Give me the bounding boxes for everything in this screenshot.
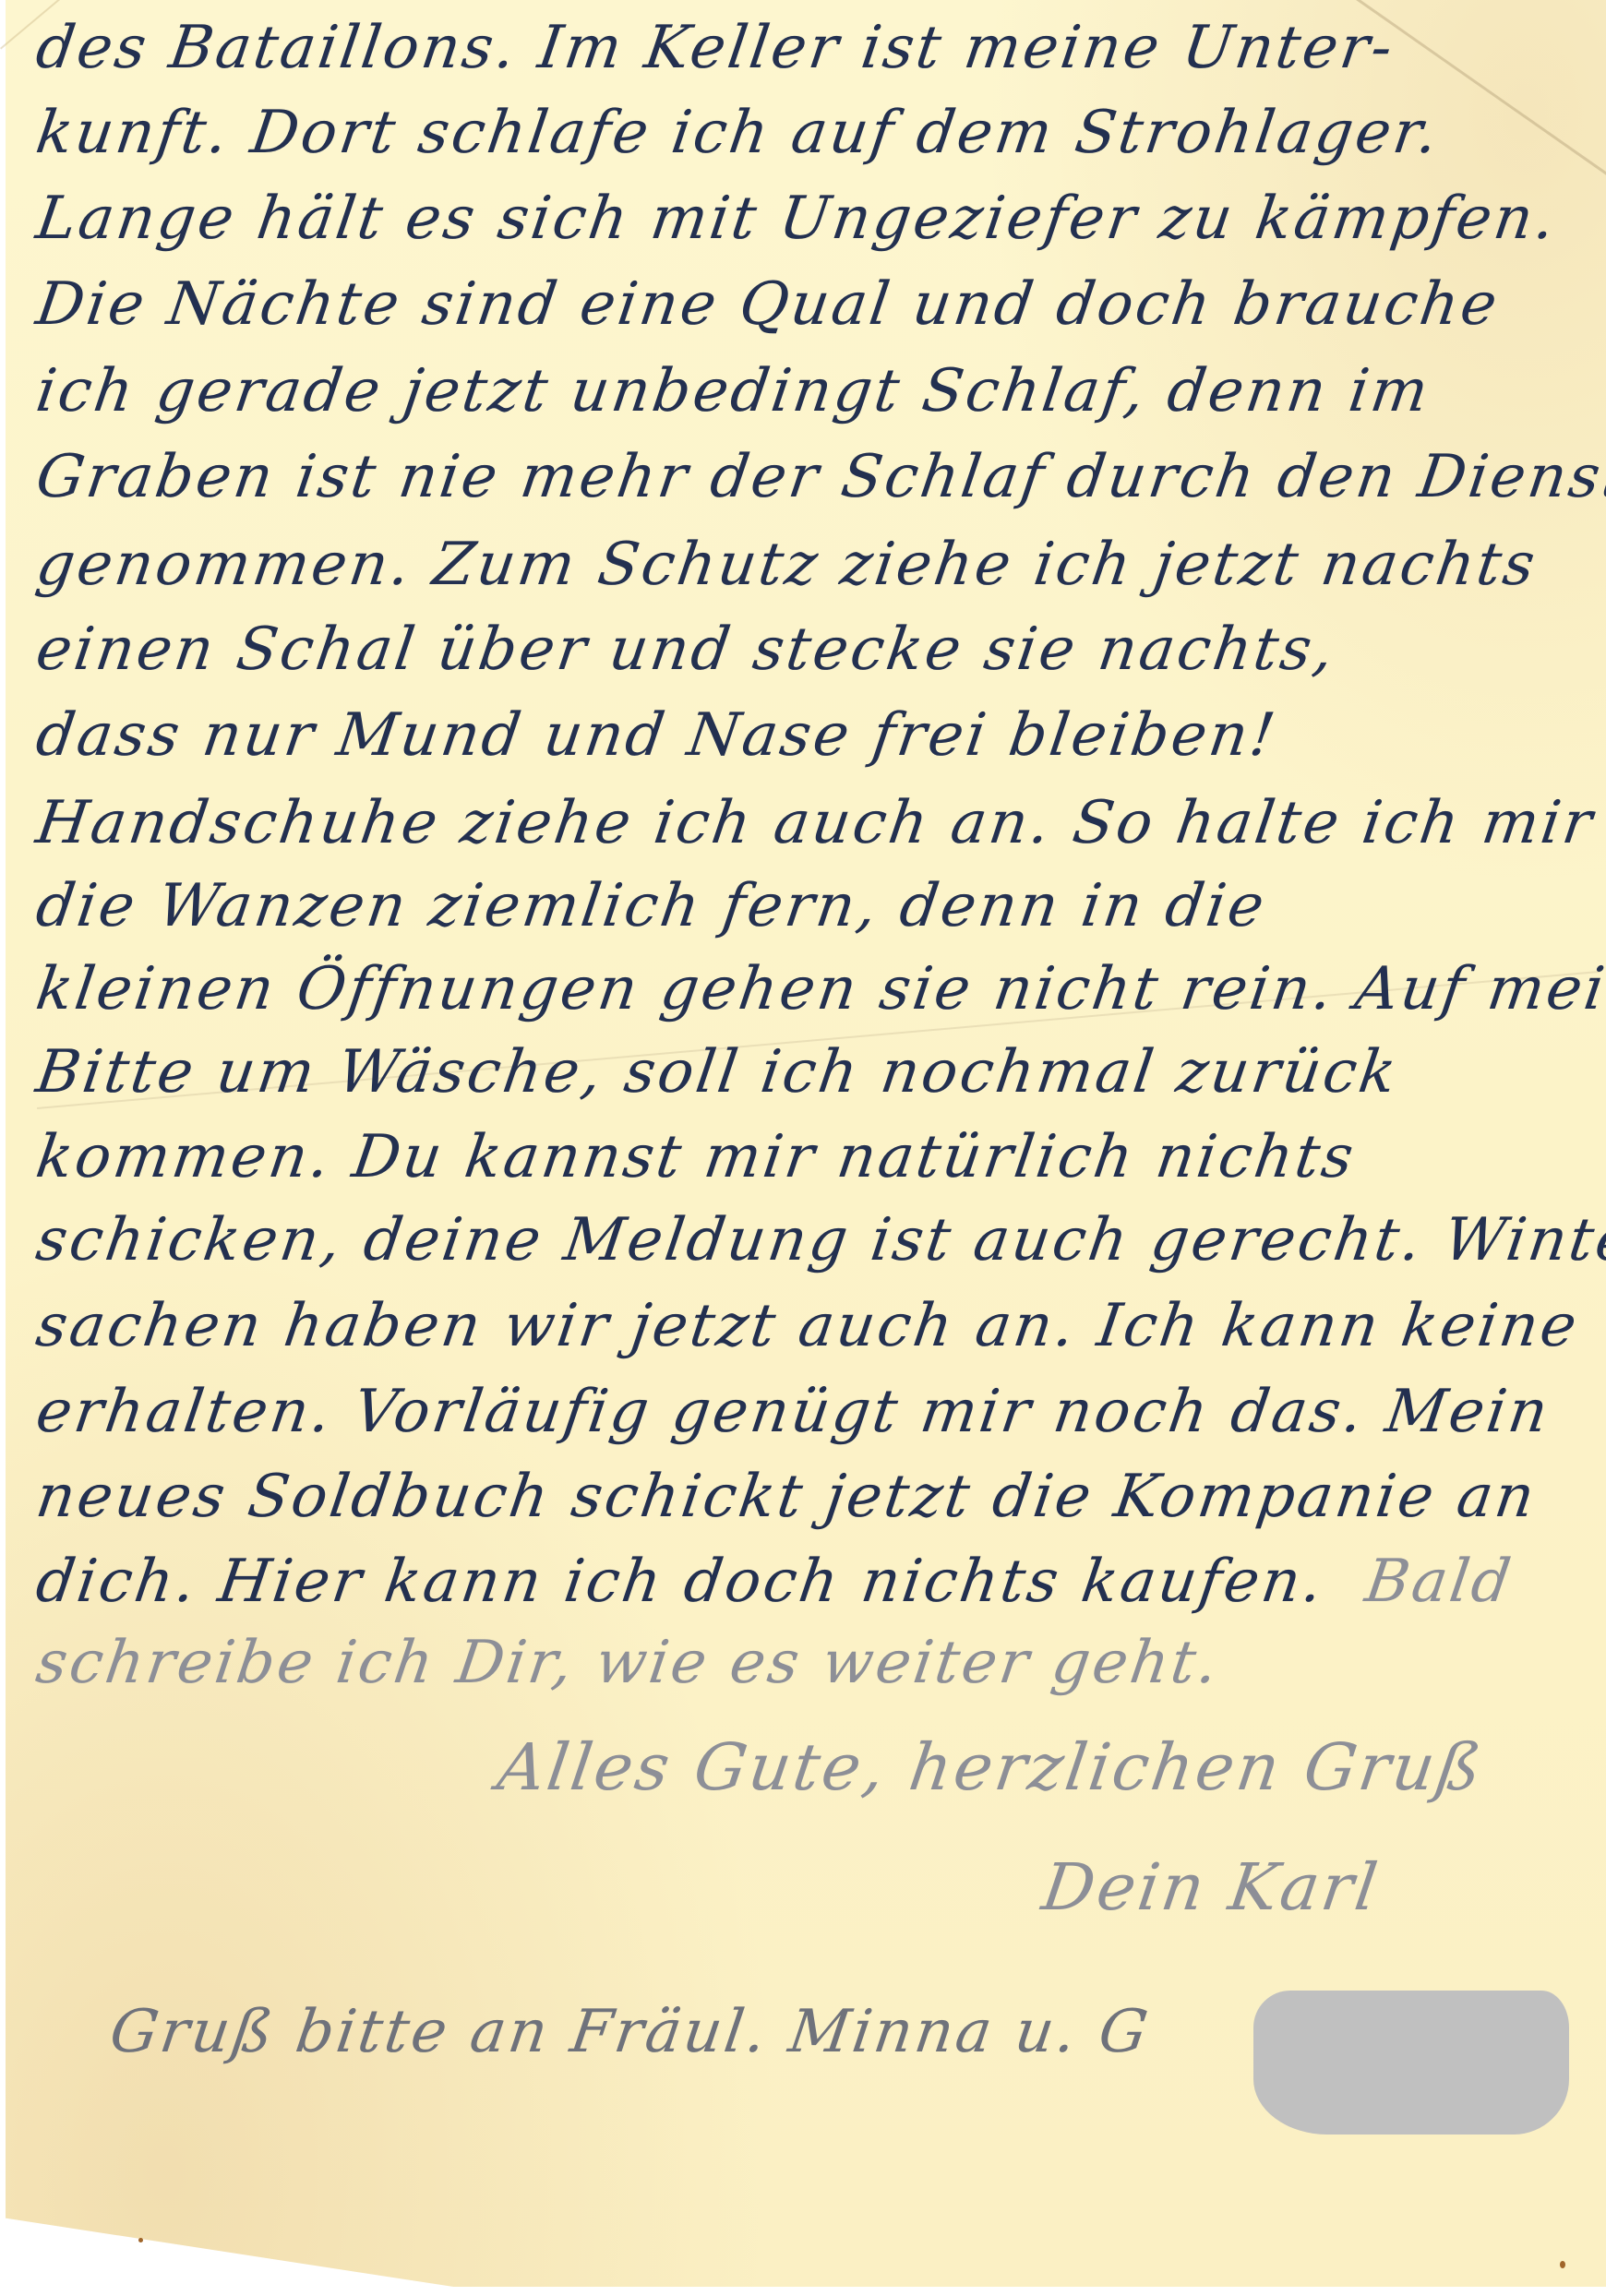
pencil-word: Bald xyxy=(1362,1552,1517,1611)
letter-line: kunft. Dort schlafe ich auf dem Strohlag… xyxy=(33,103,1444,162)
letter-line: dich. Hier kann ich doch nichts kaufen. xyxy=(33,1552,1329,1611)
letter-line: sachen haben wir jetzt auch an. Ich kann… xyxy=(33,1297,1583,1356)
letter-line: Handschuhe ziehe ich auch an. So halte i… xyxy=(33,794,1599,853)
letter-line: kommen. Du kannst mir natürlich nichts xyxy=(33,1128,1360,1187)
paper-stain xyxy=(1560,2261,1565,2268)
letter-line: die Wanzen ziemlich fern, denn in die xyxy=(33,877,1271,936)
letter-line: Graben ist nie mehr der Schlaf durch den… xyxy=(33,448,1606,507)
letter-line: Lange hält es sich mit Ungeziefer zu käm… xyxy=(33,189,1562,248)
closing-greeting: Alles Gute, herzlichen Gruß xyxy=(494,1735,1488,1800)
postscript: Gruß bitte an Fräul. Minna u. G xyxy=(107,2003,1154,2062)
letter-line: Bitte um Wäsche, soll ich nochmal zurück xyxy=(33,1043,1403,1102)
redaction-blot xyxy=(1253,1991,1569,2135)
paper-stain xyxy=(138,2238,143,2242)
letter-line: dass nur Mund und Nase frei bleiben! xyxy=(33,706,1281,765)
letter-line: neues Soldbuch schickt jetzt die Kompani… xyxy=(33,1467,1540,1526)
pencil-line: schreibe ich Dir, wie es weiter geht. xyxy=(33,1633,1224,1692)
letter-line: schicken, deine Meldung ist auch gerecht… xyxy=(33,1211,1606,1270)
letter-line: erhalten. Vorläufig genügt mir noch das.… xyxy=(33,1382,1554,1441)
letter-line: kleinen Öffnungen gehen sie nicht rein. … xyxy=(33,960,1606,1019)
letter-line: genommen. Zum Schutz ziehe ich jetzt nac… xyxy=(33,535,1541,594)
letter-line: Die Nächte sind eine Qual und doch brauc… xyxy=(33,275,1504,334)
letter-line: einen Schal über und stecke sie nachts, xyxy=(33,620,1340,679)
signature: Dein Karl xyxy=(1038,1855,1384,1919)
letter-line: des Bataillons. Im Keller ist meine Unte… xyxy=(33,18,1399,78)
letter-line: ich gerade jetzt unbedingt Schlaf, denn … xyxy=(33,362,1434,421)
